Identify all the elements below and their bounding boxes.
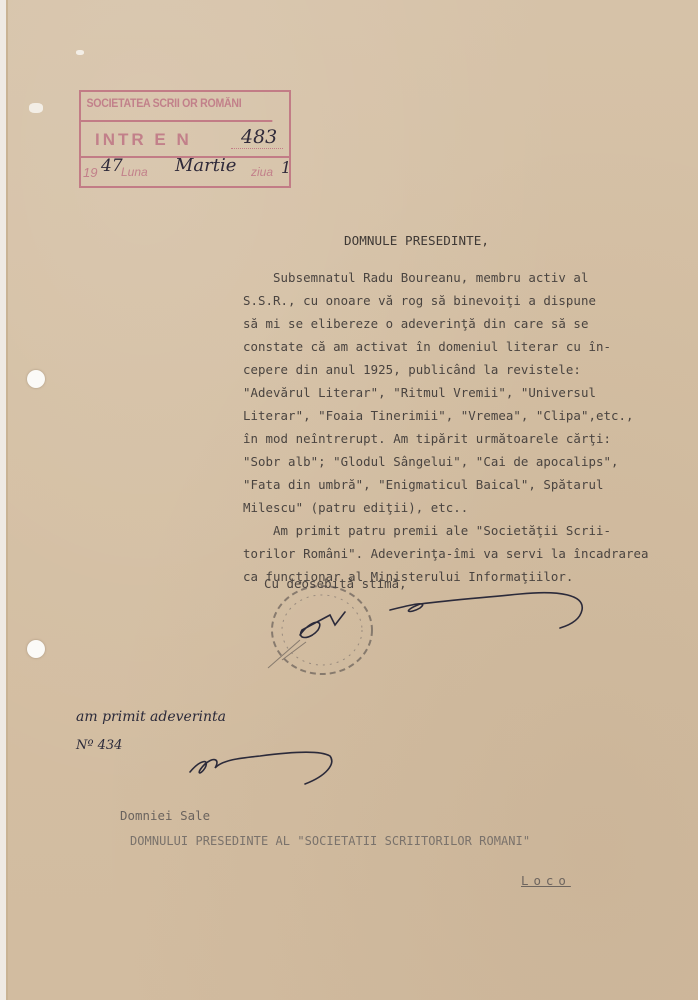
stamp-entry-row: INTR E N 483: [81, 122, 289, 158]
body-line: Subsemnatul Radu Boureanu, membru activ …: [243, 270, 588, 285]
punch-hole-top: [27, 370, 45, 388]
body-line: Am primit patru premii ale "Societăţii S…: [243, 523, 611, 538]
body-line: cepere din anul 1925, publicând la revis…: [243, 362, 581, 377]
body-line: Milescu" (patru ediţii), etc..: [243, 500, 468, 515]
document-page: SOCIETATEA SCRII OR ROMÂNI INTR E N 483 …: [6, 0, 698, 1000]
body-line: ca funcţionar al Ministerului Informaţii…: [243, 569, 573, 584]
address-place: Loco: [521, 873, 571, 888]
margin-note-number: Nº 434: [76, 738, 122, 753]
stamp-header: SOCIETATEA SCRII OR ROMÂNI: [81, 92, 272, 122]
paper-tear: [76, 50, 84, 55]
stamp-entry-number: 483: [241, 126, 277, 148]
registration-stamp: SOCIETATEA SCRII OR ROMÂNI INTR E N 483 …: [79, 90, 291, 188]
stamp-date-row: 19 47 Luna Martie ziua 1: [81, 158, 289, 186]
stamp-year-prefix: 19: [83, 165, 97, 180]
margin-note: am primit adeverinta: [76, 709, 226, 725]
body-line: Literar", "Foaia Tinerimii", "Vremea", "…: [243, 408, 634, 423]
address-line-1: Domniei Sale: [120, 808, 210, 823]
body-line: "Fata din umbră", "Enigmaticul Baical", …: [243, 477, 603, 492]
punch-hole-bottom: [27, 640, 45, 658]
stamp-month: Martie: [175, 155, 236, 176]
body-line: să mi se elibereze o adeverinţă din care…: [243, 316, 588, 331]
stamp-dotted-line: [231, 148, 283, 149]
body-line: torilor Români". Adeverinţa-îmi va servi…: [243, 546, 649, 561]
stamp-day: 1: [281, 158, 291, 177]
body-line: constate că am activat în domeniul liter…: [243, 339, 611, 354]
address-line-2: DOMNULUI PRESEDINTE AL "SOCIETATII SCRII…: [130, 834, 530, 848]
body-line: "Sobr alb"; "Glodul Sângelui", "Cai de a…: [243, 454, 619, 469]
stamp-month-label: Luna: [121, 165, 148, 179]
stamp-day-label: ziua: [251, 165, 273, 179]
body-line: S.S.R., cu onoare vă rog să binevoiţi a …: [243, 293, 596, 308]
salutation: DOMNULE PRESEDINTE,: [344, 233, 489, 248]
body-line: "Adevărul Literar", "Ritmul Vremii", "Un…: [243, 385, 596, 400]
stamp-year: 47: [101, 156, 123, 176]
paper-tear: [29, 103, 43, 113]
body-line: în mod neîntrerupt. Am tipărit următoare…: [243, 431, 611, 446]
stamp-entry-label: INTR E N: [95, 130, 192, 150]
